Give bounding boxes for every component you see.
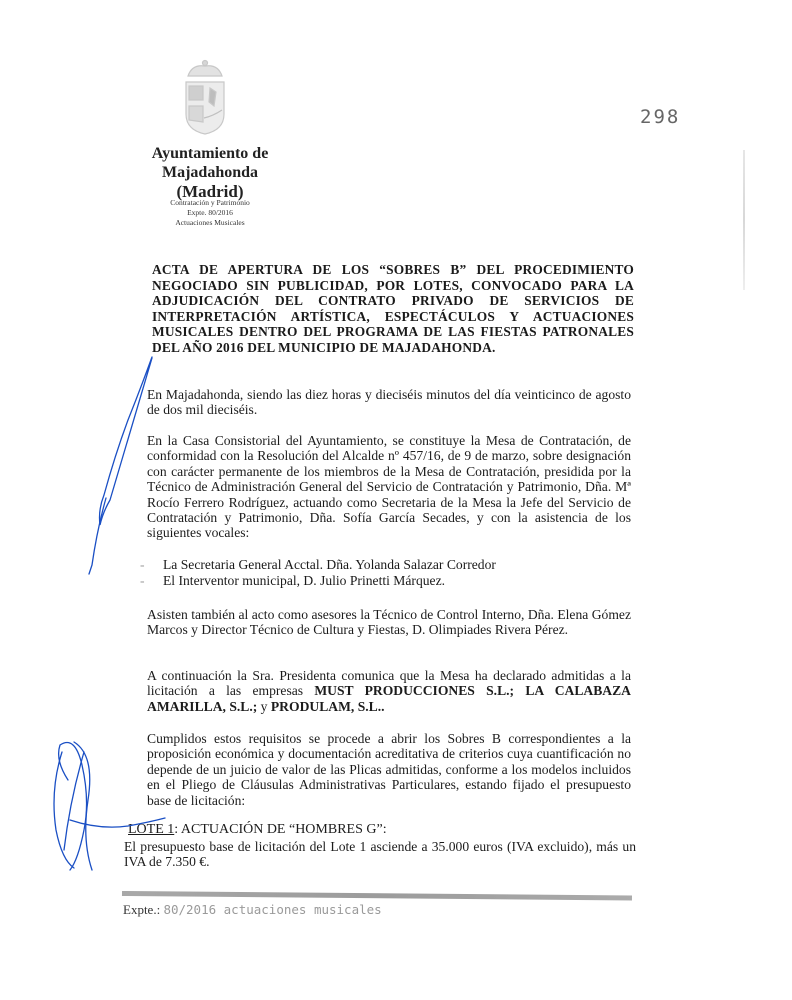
department-info: Contratación y Patrimonio Expte. 80/2016…	[140, 198, 280, 228]
file-number: Expte. 80/2016	[140, 208, 280, 218]
paragraph-lot-1-budget: El presupuesto base de licitación del Lo…	[124, 839, 636, 870]
coat-of-arms-icon	[178, 58, 232, 138]
heading-last-line: DEL AÑO 2016 DEL MUNICIPIO DE MAJADAHOND…	[152, 340, 634, 356]
scan-edge-mark	[743, 150, 745, 290]
list-item-text: La Secretaria General Acctal. Dña. Yolan…	[163, 557, 496, 573]
list-item: - La Secretaria General Acctal. Dña. Yol…	[140, 557, 496, 573]
title-line-1: Ayuntamiento de	[140, 144, 280, 163]
municipality-title: Ayuntamiento de Majadahonda (Madrid)	[140, 144, 280, 201]
lot-label: LOTE 1	[128, 822, 174, 837]
department-name: Contratación y Patrimonio	[140, 198, 280, 208]
footer-label: Expte.:	[123, 902, 160, 917]
bullet-marker: -	[140, 573, 163, 589]
file-subject: Actuaciones Musicales	[140, 218, 280, 228]
paragraph-advisors: Asisten también al acto como asesores la…	[147, 607, 631, 638]
title-line-2: Majadahonda	[140, 163, 280, 182]
paragraph-date: En Majadahonda, siendo las diez horas y …	[147, 387, 631, 418]
conjunction: y	[257, 699, 271, 714]
document-page: Ayuntamiento de Majadahonda (Madrid) Con…	[0, 0, 792, 1000]
list-item: - El Interventor municipal, D. Julio Pri…	[140, 573, 496, 589]
bullet-marker: -	[140, 557, 163, 573]
footer: Expte.: 80/2016 actuaciones musicales	[123, 902, 382, 918]
paragraph-opening: Cumplidos estos requisitos se procede a …	[147, 731, 631, 808]
paragraph-admitted-companies: A continuación la Sra. Presidenta comuni…	[147, 668, 631, 714]
footer-divider	[122, 891, 632, 900]
heading-body: ACTA DE APERTURA DE LOS “SOBRES B” DEL P…	[152, 262, 634, 339]
list-item-text: El Interventor municipal, D. Julio Prine…	[163, 573, 445, 589]
lot-title-text: : ACTUACIÓN DE “HOMBRES G”:	[174, 822, 386, 837]
company-name-last: PRODULAM, S.L..	[271, 699, 385, 714]
footer-file-reference: 80/2016 actuaciones musicales	[163, 902, 381, 917]
vocales-list: - La Secretaria General Acctal. Dña. Yol…	[140, 557, 496, 589]
paragraph-committee: En la Casa Consistorial del Ayuntamiento…	[147, 433, 631, 541]
page-number: 298	[640, 106, 680, 128]
document-heading: ACTA DE APERTURA DE LOS “SOBRES B” DEL P…	[152, 262, 634, 356]
lot-1-title: LOTE 1: ACTUACIÓN DE “HOMBRES G”:	[128, 822, 387, 838]
